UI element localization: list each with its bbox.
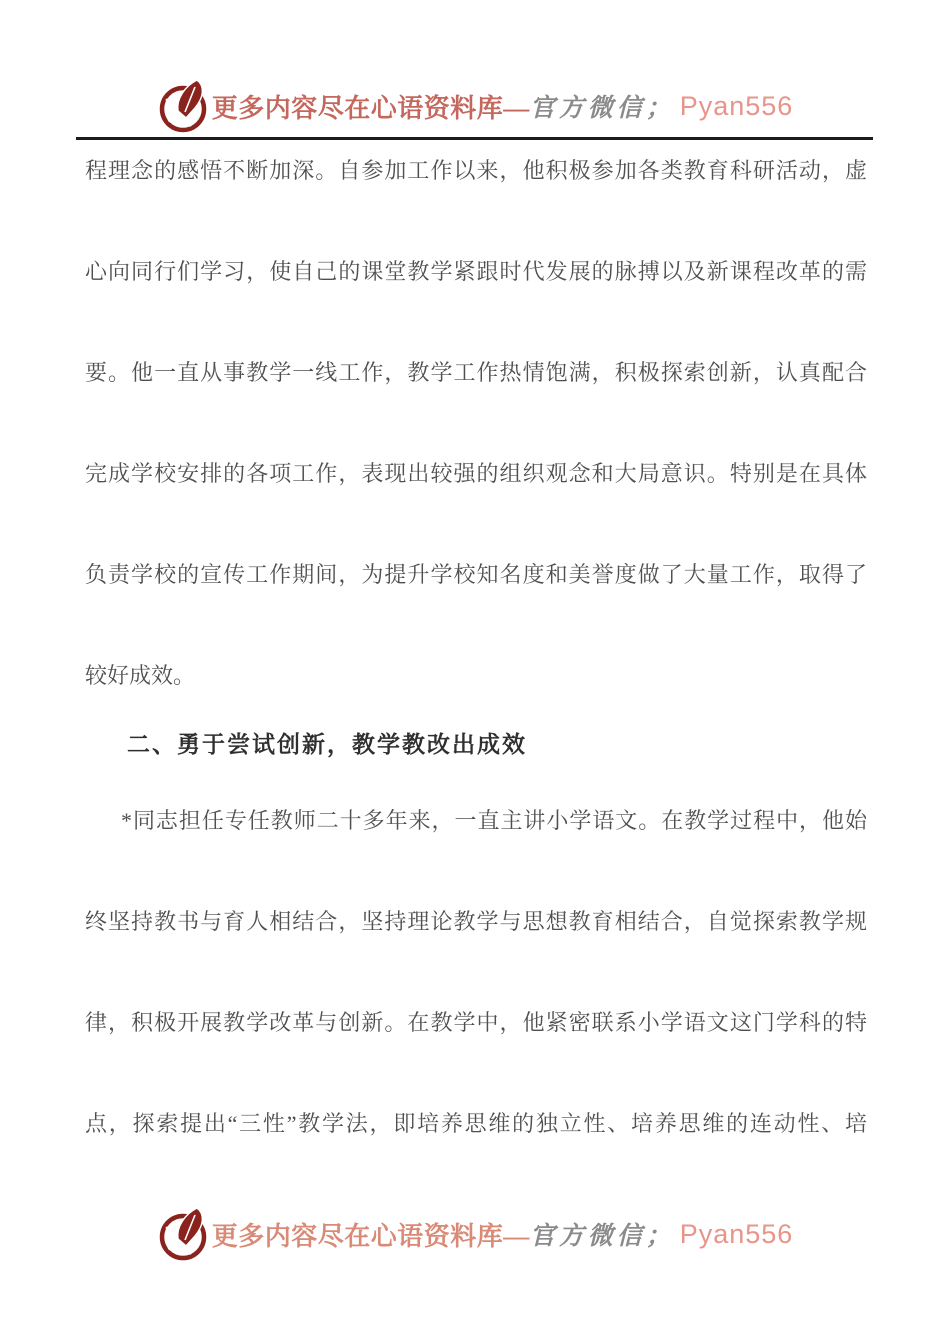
body-line: 律，积极开展教学改革与创新。在教学中，他紧密联系小学语文这门学科的特 [85, 972, 867, 1073]
pen-logo-icon [157, 1206, 209, 1262]
footer-wechat-id: Pyan556 [680, 1219, 794, 1250]
body-line: 程理念的感悟不断加深。自参加工作以来，他积极参加各类教育科研活动，虚 [85, 120, 867, 221]
header-brand-text: 更多内容尽在心语资料库— [212, 88, 530, 125]
header-wechat-label: 官方微信； [530, 88, 675, 124]
header-wechat-id: Pyan556 [680, 91, 794, 122]
footer-wechat-label: 官方微信； [530, 1216, 675, 1252]
section-heading: 二、勇于尝试创新，教学教改出成效 [85, 726, 867, 764]
body-line: *同志担任专任教师二十多年来，一直主讲小学语文。在教学过程中，他始 [85, 770, 867, 871]
body-line: 心向同行们学习，使自己的课堂教学紧跟时代发展的脉搏以及新课程改革的需 [85, 221, 867, 322]
body-line: 要。他一直从事教学一线工作，教学工作热情饱满，积极探索创新，认真配合 [85, 322, 867, 423]
footer-watermark: 更多内容尽在心语资料库— 官方微信； Pyan556 [0, 1206, 950, 1262]
body-line: 较好成效。 [85, 625, 867, 726]
footer-brand-text: 更多内容尽在心语资料库— [212, 1216, 530, 1253]
paragraph-2: *同志担任专任教师二十多年来，一直主讲小学语文。在教学过程中，他始 终坚持教书与… [85, 770, 867, 1174]
document-body: 程理念的感悟不断加深。自参加工作以来，他积极参加各类教育科研活动，虚 心向同行们… [85, 120, 867, 1174]
body-line: 负责学校的宣传工作期间，为提升学校知名度和美誉度做了大量工作，取得了 [85, 524, 867, 625]
body-line: 点，探索提出“三性”教学法，即培养思维的独立性、培养思维的连动性、培 [85, 1073, 867, 1174]
body-line: 完成学校安排的各项工作，表现出较强的组织观念和大局意识。特别是在具体 [85, 423, 867, 524]
document-page: 更多内容尽在心语资料库— 官方微信； Pyan556 程理念的感悟不断加深。自参… [0, 0, 950, 1344]
body-line: 终坚持教书与育人相结合，坚持理论教学与思想教育相结合，自觉探索教学规 [85, 871, 867, 972]
